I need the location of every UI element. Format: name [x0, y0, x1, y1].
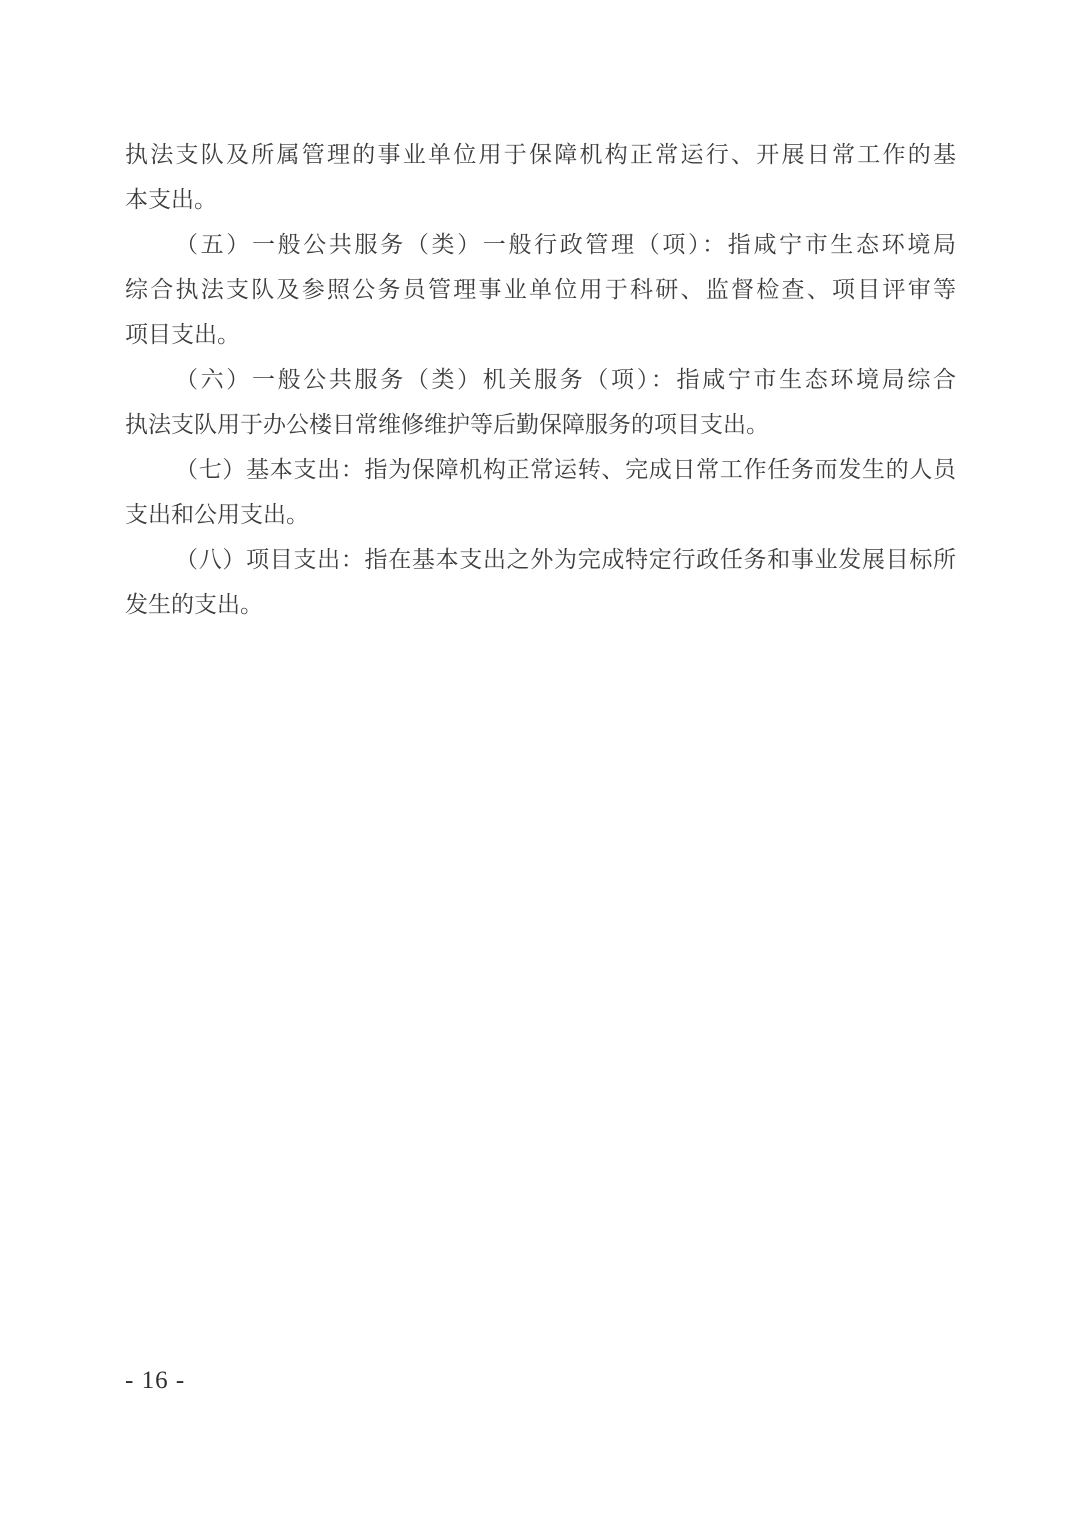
page-number: - 16 -	[125, 1366, 185, 1396]
text-line: 执法支队用于办公楼日常维修维护等后勤保障服务的项目支出。	[125, 402, 956, 447]
document-body: 执法支队及所属管理的事业单位用于保障机构正常运行、开展日常工作的基本支出。（五）…	[125, 132, 956, 627]
text-line: 综合执法支队及参照公务员管理事业单位用于科研、监督检查、项目评审等	[125, 267, 956, 312]
text-line: 支出和公用支出。	[125, 492, 956, 537]
document-page: 执法支队及所属管理的事业单位用于保障机构正常运行、开展日常工作的基本支出。（五）…	[0, 0, 1075, 1520]
text-line: （八）项目支出：指在基本支出之外为完成特定行政任务和事业发展目标所	[125, 537, 956, 582]
text-line: （五）一般公共服务（类）一般行政管理（项）：指咸宁市生态环境局	[125, 222, 956, 267]
text-line: 项目支出。	[125, 312, 956, 357]
text-line: 执法支队及所属管理的事业单位用于保障机构正常运行、开展日常工作的基	[125, 132, 956, 177]
text-line: 发生的支出。	[125, 582, 956, 627]
text-line: 本支出。	[125, 177, 956, 222]
text-line: （六）一般公共服务（类）机关服务（项）：指咸宁市生态环境局综合	[125, 357, 956, 402]
text-line: （七）基本支出：指为保障机构正常运转、完成日常工作任务而发生的人员	[125, 447, 956, 492]
